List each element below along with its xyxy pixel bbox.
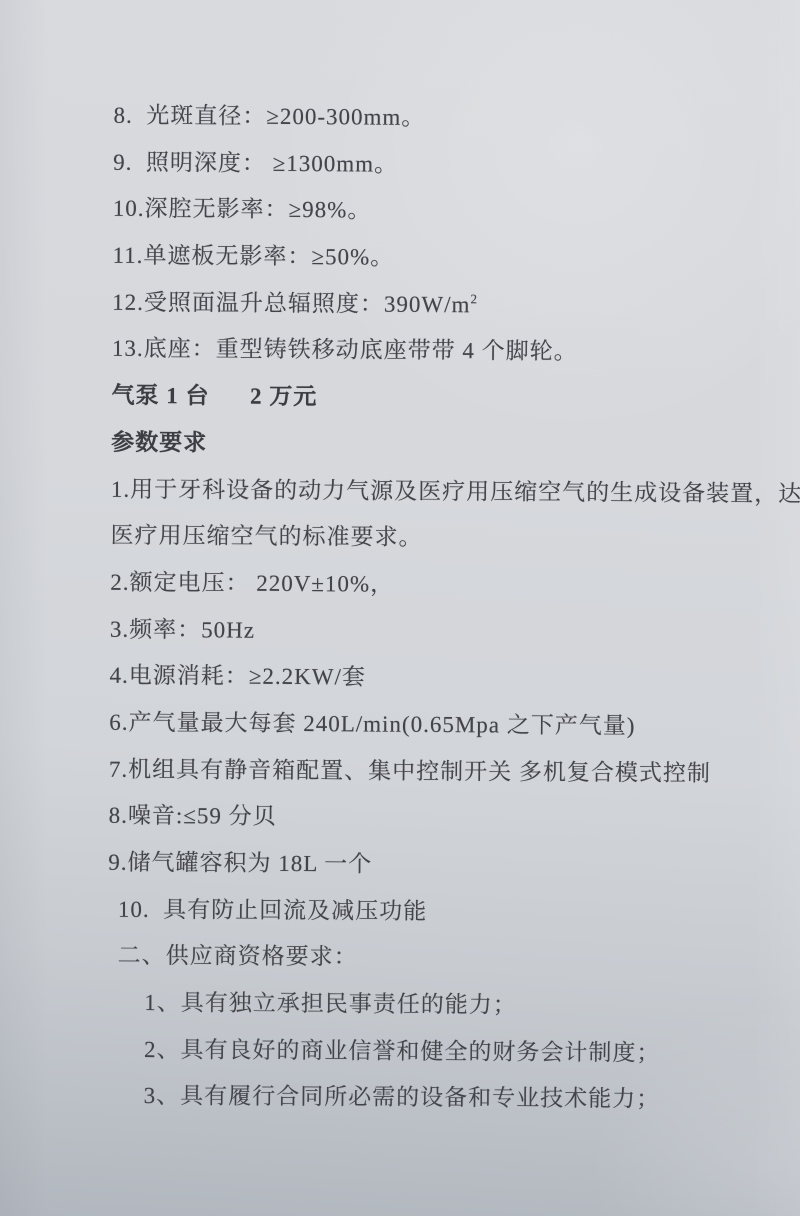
document-line: 8.噪音:≤59 分贝 bbox=[109, 804, 769, 833]
document-line: 13.底座：重型铸铁移动底座带带 4 个脚轮。 bbox=[112, 337, 772, 366]
document-line: 9. 照明深度： ≥1300mm。 bbox=[113, 150, 773, 179]
document-line: 二、供应商资格要求： bbox=[108, 944, 768, 973]
document-line: 1.用于牙科设备的动力气源及医疗用压缩空气的生成设备装置，达到 bbox=[111, 477, 771, 506]
document-line: 气泵 1 台 2 万元 bbox=[111, 384, 771, 413]
document-line: 11.单遮板无影率：≥50%。 bbox=[112, 244, 772, 273]
document-line: 医疗用压缩空气的标准要求。 bbox=[110, 524, 770, 553]
document-line: 参数要求 bbox=[111, 431, 771, 460]
document-line: 3.频率：50Hz bbox=[110, 617, 770, 646]
document-line: 3、具有履行合同所必需的设备和专业技术能力； bbox=[107, 1084, 767, 1113]
document-line: 12.受照面温升总辐照度：390W/m2 bbox=[112, 290, 772, 319]
document-line: 7.机组具有静音箱配置、集中控制开关 多机复合模式控制 bbox=[109, 757, 769, 786]
document-line: 10.深腔无影率：≥98%。 bbox=[113, 197, 773, 226]
document-line: 4.电源消耗：≥2.2KW/套 bbox=[110, 664, 770, 693]
document-line: 10. 具有防止回流及减压功能 bbox=[108, 897, 768, 926]
document-line: 2、具有良好的商业信誉和健全的财务会计制度； bbox=[107, 1037, 767, 1066]
document-line: 8. 光斑直径：≥200-300mm。 bbox=[113, 104, 773, 133]
document-line: 6.产气量最大每套 240L/min(0.65Mpa 之下产气量) bbox=[109, 711, 769, 740]
document-line: 2.额定电压： 220V±10%， bbox=[110, 571, 770, 600]
superscript: 2 bbox=[470, 291, 477, 306]
document-line: 9.储气罐容积为 18L 一个 bbox=[108, 851, 768, 880]
document-body: 8. 光斑直径：≥200-300mm。9. 照明深度： ≥1300mm。10.深… bbox=[106, 104, 773, 1136]
document-line: 1、具有独立承担民事责任的能力； bbox=[107, 991, 767, 1020]
